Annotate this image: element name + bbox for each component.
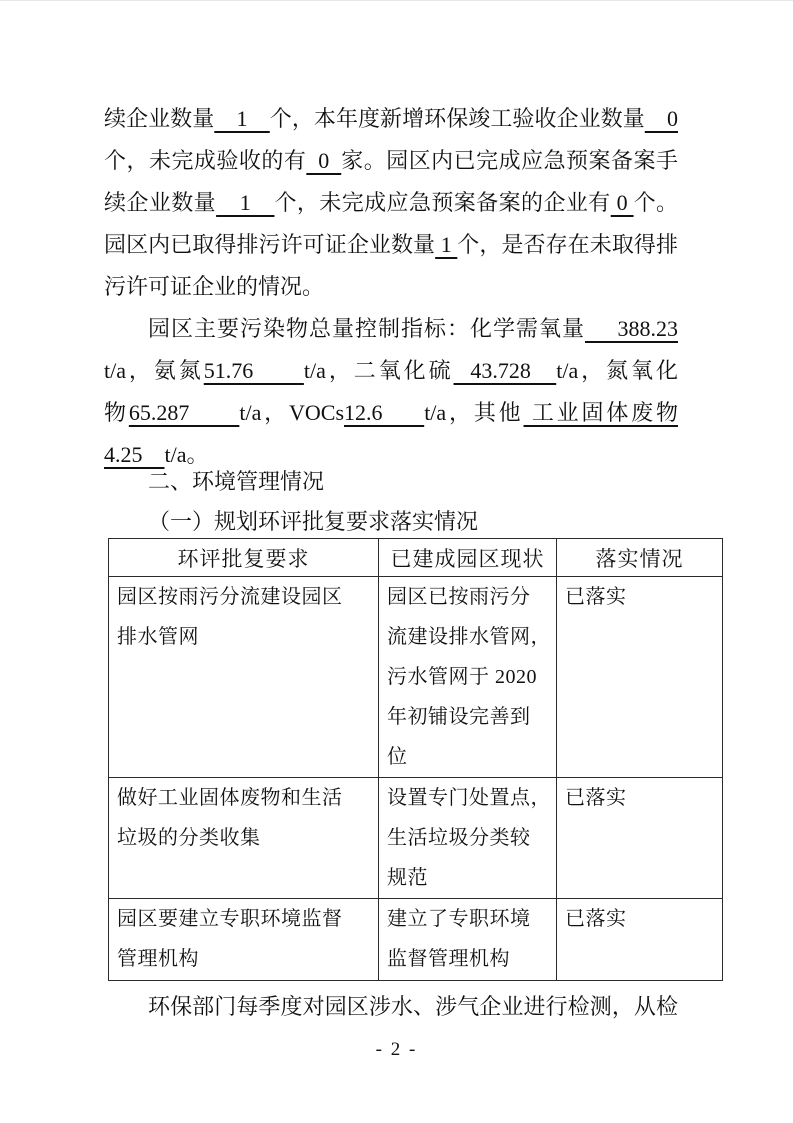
- underlined-value: 388.23: [585, 316, 678, 341]
- text-segment: 环保部门每季度对园区涉水、涉气企业进行检测，从检: [148, 994, 678, 1019]
- cell-requirement: 园区按雨污分流建设园区 排水管网: [109, 577, 379, 778]
- text-segment: 家。园区内已完成应急预案备案手: [341, 148, 678, 173]
- header-cell-park-status: 已建成园区现状: [379, 539, 557, 577]
- underlined-value: 0: [645, 106, 678, 131]
- cell-park-status: 园区已按雨污分 流建设排水管网， 污水管网于 2020 年初铺设完善到 位: [379, 577, 557, 778]
- page-number: - 2 -: [0, 1039, 793, 1061]
- text-segment: 污许可证企业的情况。: [104, 274, 324, 299]
- text-segment: t/a，氨氮: [104, 358, 204, 383]
- subsection-heading: （一）规划环评批复要求落实情况: [104, 501, 722, 543]
- text-line: 续企业数量 1 个，本年度新增环保竣工验收企业数量 0: [104, 98, 678, 140]
- body-paragraph-permits: 续企业数量 1 个，本年度新增环保竣工验收企业数量 0个，未完成验收的有 0 家…: [104, 98, 678, 308]
- cell-park-status: 建立了专职环境 监督管理机构: [379, 899, 557, 981]
- text-line: t/a，氨氮51.76 t/a，二氧化硫 43.728 t/a，氮氧化: [104, 350, 678, 392]
- text-segment: 个，是否存在未取得排: [457, 232, 678, 257]
- text-line: 续企业数量 1 个，未完成应急预案备案的企业有 0 个。: [104, 182, 678, 224]
- table-row: 园区按雨污分流建设园区 排水管网 园区已按雨污分 流建设排水管网， 污水管网于 …: [109, 577, 723, 778]
- section-heading: 二、环境管理情况: [104, 461, 722, 503]
- text-segment: 续企业数量: [104, 190, 216, 215]
- header-cell-requirement: 环评批复要求: [109, 539, 379, 577]
- text-segment: 个，本年度新增环保竣工验收企业数量: [270, 106, 645, 131]
- underlined-value: 65.287: [129, 400, 240, 425]
- underlined-value: 1: [214, 106, 269, 131]
- closing-paragraph: 环保部门每季度对园区涉水、涉气企业进行检测，从检: [104, 986, 678, 1028]
- underlined-value: 0: [611, 190, 634, 215]
- text-segment: t/a，二氧化硫: [304, 358, 454, 383]
- cell-implementation: 已落实: [557, 778, 723, 899]
- text-line: 园区主要污染物总量控制指标：化学需氧量 388.23: [104, 308, 678, 350]
- underlined-value: 0: [306, 148, 341, 173]
- text-segment: 续企业数量: [104, 106, 214, 131]
- text-segment: 物: [104, 400, 129, 425]
- underlined-value: 1: [435, 232, 457, 257]
- text-segment: 个，未完成应急预案备案的企业有: [274, 190, 610, 215]
- underlined-value: 43.728: [454, 358, 557, 383]
- table-row: 做好工业固体废物和生活 垃圾的分类收集 设置专门处置点， 生活垃圾分类较 规范 …: [109, 778, 723, 899]
- document-page: 续企业数量 1 个，本年度新增环保竣工验收企业数量 0个，未完成验收的有 0 家…: [0, 0, 793, 1123]
- text-line: 污许可证企业的情况。: [104, 266, 678, 308]
- text-segment: 个。: [634, 190, 678, 215]
- text-segment: 园区内已取得排污许可证企业数量: [104, 232, 435, 257]
- cell-park-status: 设置专门处置点， 生活垃圾分类较 规范: [379, 778, 557, 899]
- table-header-row: 环评批复要求 已建成园区现状 落实情况: [109, 539, 723, 577]
- underlined-value: 工业固体废物: [524, 400, 679, 425]
- text-segment: t/a，VOCs: [239, 400, 344, 425]
- underlined-value: 1: [216, 190, 274, 215]
- cell-implementation: 已落实: [557, 899, 723, 981]
- cell-implementation: 已落实: [557, 577, 723, 778]
- text-line: 园区内已取得排污许可证企业数量 1 个，是否存在未取得排: [104, 224, 678, 266]
- underlined-value: 51.76: [204, 358, 304, 383]
- text-segment: t/a，氮氧化: [556, 358, 678, 383]
- table-row: 园区要建立专职环境监督 管理机构 建立了专职环境 监督管理机构 已落实: [109, 899, 723, 981]
- text-segment: 个，未完成验收的有: [104, 148, 306, 173]
- text-line: 物65.287 t/a，VOCs12.6 t/a，其他 工业固体废物: [104, 392, 678, 434]
- cell-requirement: 做好工业固体废物和生活 垃圾的分类收集: [109, 778, 379, 899]
- header-cell-implementation: 落实情况: [557, 539, 723, 577]
- eia-requirements-table: 环评批复要求 已建成园区现状 落实情况 园区按雨污分流建设园区 排水管网 园区已…: [108, 538, 723, 981]
- text-line: 环保部门每季度对园区涉水、涉气企业进行检测，从检: [104, 986, 678, 1028]
- text-segment: 园区主要污染物总量控制指标：化学需氧量: [148, 316, 585, 341]
- cell-requirement: 园区要建立专职环境监督 管理机构: [109, 899, 379, 981]
- text-line: 个，未完成验收的有 0 家。园区内已完成应急预案备案手: [104, 140, 678, 182]
- body-paragraph-pollutant-totals: 园区主要污染物总量控制指标：化学需氧量 388.23t/a，氨氮51.76 t/…: [104, 308, 678, 476]
- text-segment: t/a，其他: [424, 400, 523, 425]
- underlined-value: 12.6: [344, 400, 424, 425]
